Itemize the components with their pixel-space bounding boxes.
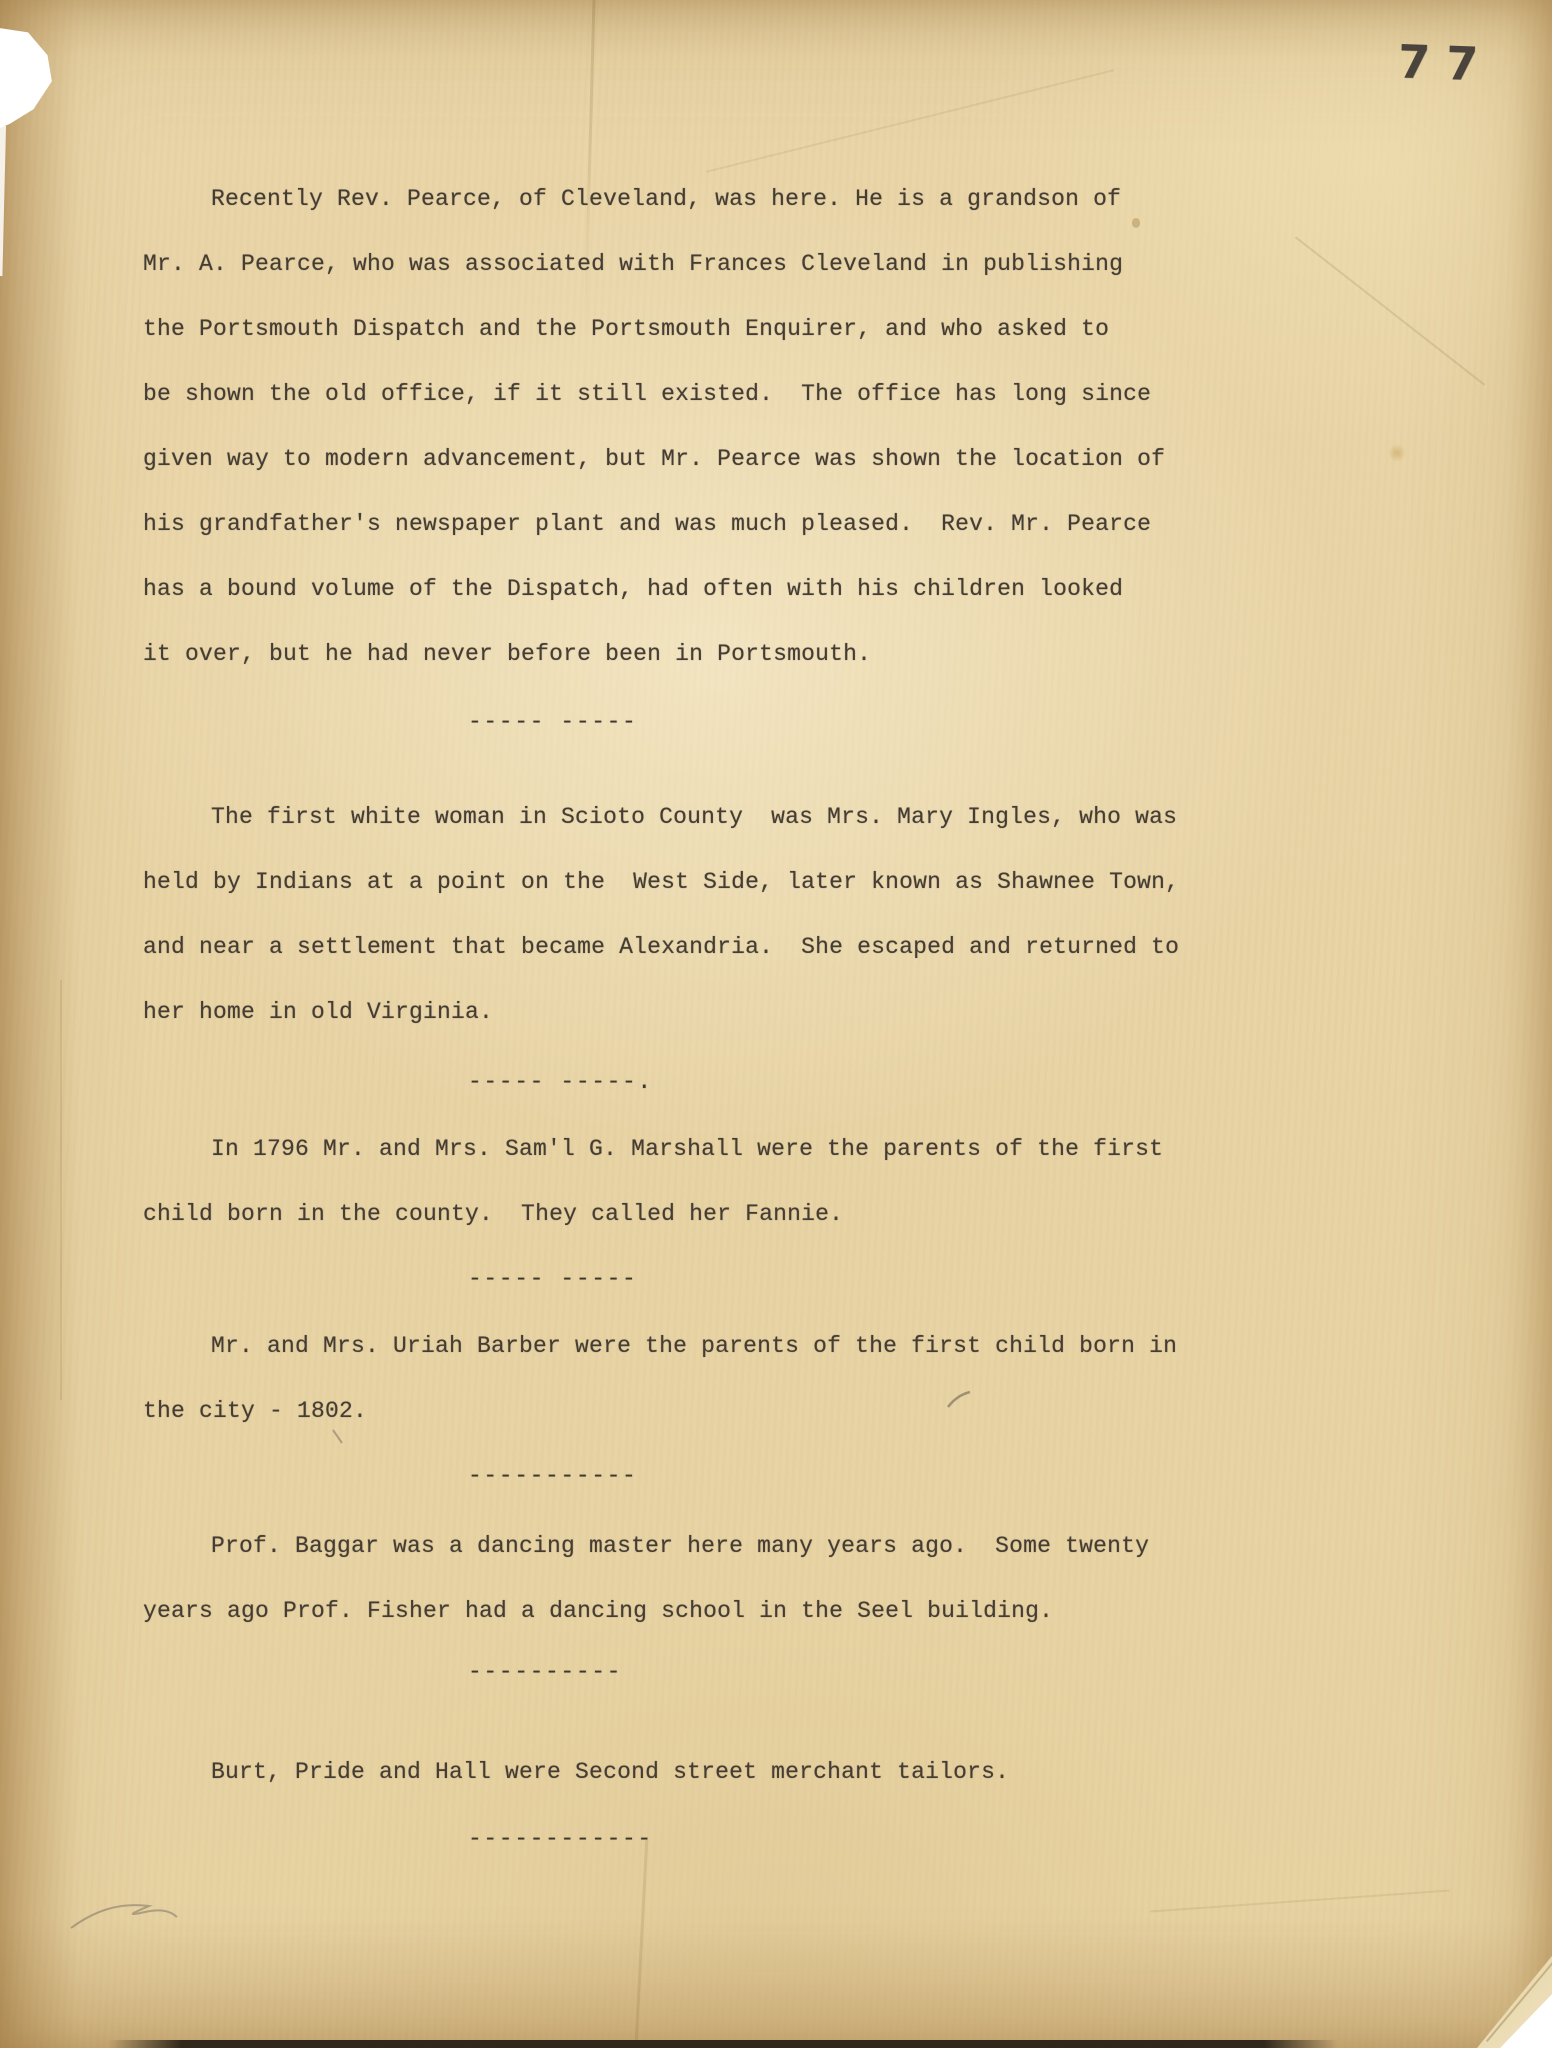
typed-line: be shown the old office, if it still exi… <box>143 362 1165 427</box>
scanned-page: 77 Recently Rev. Pearce, of Cleveland, w… <box>0 0 1552 2048</box>
typed-line: Mr. and Mrs. Uriah Barber were the paren… <box>143 1314 1177 1379</box>
separator-line: ----- ----- <box>143 1247 637 1312</box>
typed-line: Recently Rev. Pearce, of Cleveland, was … <box>143 167 1165 232</box>
paragraph: Recently Rev. Pearce, of Cleveland, was … <box>143 167 1165 687</box>
typed-line: the city - 1802. <box>143 1379 1177 1444</box>
typed-line: Burt, Pride and Hall were Second street … <box>143 1740 1009 1805</box>
typed-text: Recently Rev. Pearce, of Cleveland, was … <box>143 0 1443 2048</box>
typed-line: child born in the county. They called he… <box>143 1182 1163 1247</box>
typed-line: Prof. Baggar was a dancing master here m… <box>143 1514 1149 1579</box>
separator-line: ---------- <box>143 1640 622 1705</box>
typed-line: given way to modern advancement, but Mr.… <box>143 427 1165 492</box>
typed-line: Mr. A. Pearce, who was associated with F… <box>143 232 1165 297</box>
typed-line: years ago Prof. Fisher had a dancing sch… <box>143 1579 1149 1644</box>
paragraph: Prof. Baggar was a dancing master here m… <box>143 1514 1149 1644</box>
paragraph: In 1796 Mr. and Mrs. Sam'l G. Marshall w… <box>143 1117 1163 1247</box>
typed-line: held by Indians at a point on the West S… <box>143 850 1179 915</box>
typed-line: In 1796 Mr. and Mrs. Sam'l G. Marshall w… <box>143 1117 1163 1182</box>
typed-line: her home in old Virginia. <box>143 980 1179 1045</box>
separator-line: ------------ <box>143 1807 653 1872</box>
typed-line: his grandfather's newspaper plant and wa… <box>143 492 1165 557</box>
typed-line: the Portsmouth Dispatch and the Portsmou… <box>143 297 1165 362</box>
separator-line: ----- -----. <box>143 1050 653 1115</box>
typed-line: and near a settlement that became Alexan… <box>143 915 1179 980</box>
typed-line: it over, but he had never before been in… <box>143 622 1165 687</box>
separator-line: ----------- <box>143 1444 637 1509</box>
paragraph: Burt, Pride and Hall were Second street … <box>143 1740 1009 1805</box>
separator-line: ----- ----- <box>143 690 637 755</box>
paragraph: Mr. and Mrs. Uriah Barber were the paren… <box>143 1314 1177 1444</box>
paragraph: The first white woman in Scioto County w… <box>143 785 1179 1045</box>
typed-line: has a bound volume of the Dispatch, had … <box>143 557 1165 622</box>
typed-line: The first white woman in Scioto County w… <box>143 785 1179 850</box>
